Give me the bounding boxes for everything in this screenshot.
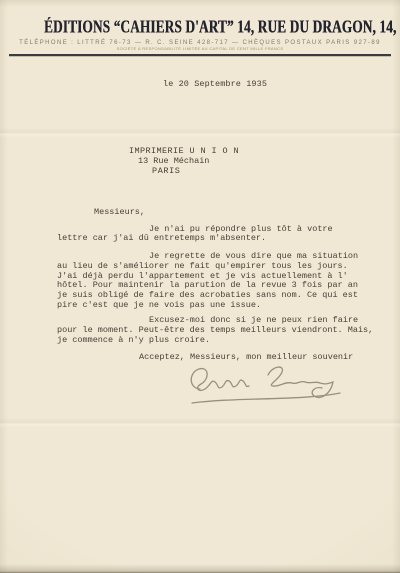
paragraph-line: je commence à n'y plus croire. xyxy=(57,336,397,346)
letter-body: Messieurs, Je n'ai pu répondre plus tôt … xyxy=(57,208,397,363)
recipient-name: IMPRIMERIE U N I O N xyxy=(129,146,239,156)
letterhead-title-text: ÉDITIONS “CAHIERS D'ART” 14, RUE DU DRAG… xyxy=(44,16,400,37)
body-paragraphs: Je n'ai pu répondre plus tôt à votrelett… xyxy=(57,225,397,346)
signature-stroke-icon xyxy=(178,358,354,414)
salutation: Messieurs, xyxy=(94,208,397,218)
recipient-address: 13 Rue Méchain xyxy=(129,156,239,166)
recipient-city: PARIS xyxy=(129,166,239,176)
paragraph: Je n'ai pu répondre plus tôt à votrelett… xyxy=(57,225,397,244)
paragraph-line: pire c'est que je ne vois pas une issue. xyxy=(57,301,397,311)
letterhead-title: ÉDITIONS “CAHIERS D'ART” 14, RUE DU DRAG… xyxy=(44,16,356,38)
paragraph: Excusez-moi donc si je ne peux rien fair… xyxy=(57,316,397,345)
letter-page: ÉDITIONS “CAHIERS D'ART” 14, RUE DU DRAG… xyxy=(0,0,400,573)
date-line: le 20 Septembre 1935 xyxy=(163,79,267,89)
recipient-block: IMPRIMERIE U N I O N 13 Rue Méchain PARI… xyxy=(129,146,239,176)
paper-crease xyxy=(0,418,400,428)
letterhead-contact-line: TÉLÉPHONE : LITTRÉ 76-73 — R. C. SEINE 4… xyxy=(0,40,400,46)
letterhead: ÉDITIONS “CAHIERS D'ART” 14, RUE DU DRAG… xyxy=(0,17,400,53)
paragraph: Je regrette de vous dire que ma situatio… xyxy=(57,252,397,310)
letterhead-fine-print: SOCIÉTÉ À RESPONSABILITÉ LIMITÉE AU CAPI… xyxy=(40,47,360,52)
paragraph-line: lettre car j'ai dû entretemps m'absenter… xyxy=(57,234,397,244)
signature xyxy=(178,358,354,414)
paper-crease xyxy=(0,128,400,138)
letterhead-divider xyxy=(9,54,391,56)
